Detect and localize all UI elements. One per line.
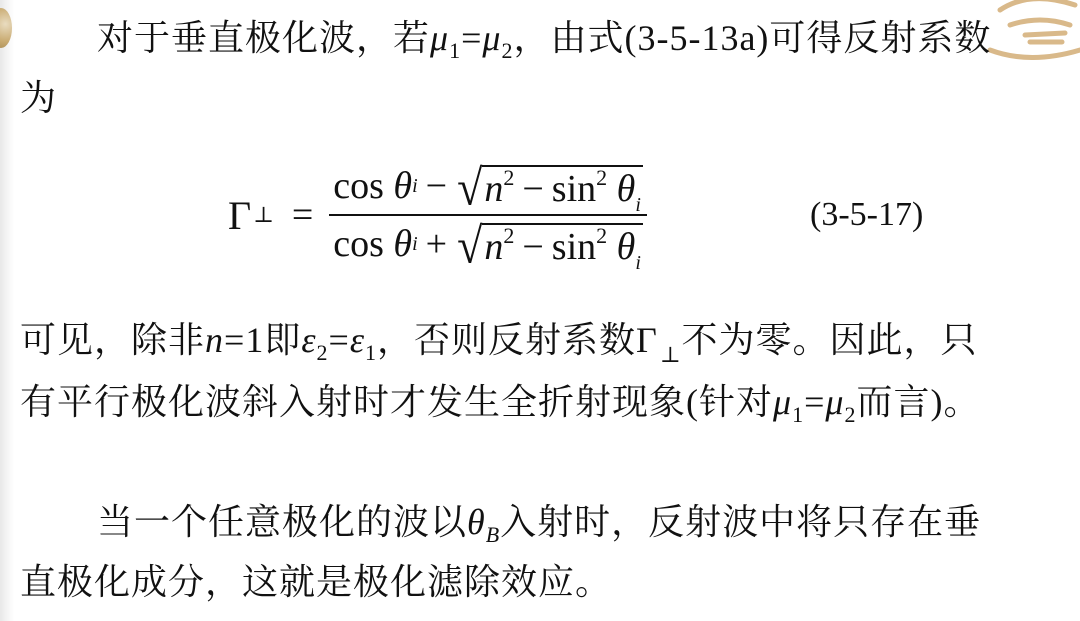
theta: θ xyxy=(393,222,412,266)
text: 对于垂直极化波，若 xyxy=(97,18,430,58)
n: n xyxy=(484,168,503,210)
epsilon-symbol: ε xyxy=(350,320,365,360)
paragraph-1-line-2: 为 xyxy=(20,76,57,120)
paragraph-3-line-1: 当一个任意极化的波以θB入射时，反射波中将只存在垂 xyxy=(97,500,981,544)
text: 不为零。因此，只 xyxy=(682,320,978,360)
theta: θ xyxy=(393,164,412,208)
equals: = xyxy=(329,320,350,360)
equals: = xyxy=(804,382,825,422)
theta-symbol: θ xyxy=(467,502,486,542)
sup: 2 xyxy=(503,223,514,248)
mu-symbol: μ xyxy=(773,382,792,422)
paragraph-2-line-2: 有平行极化波斜入射时才发生全折射现象(针对μ1=μ2而言)。 xyxy=(20,380,980,424)
text: 入射时，反射波中将只存在垂 xyxy=(500,502,981,542)
mu-symbol: μ xyxy=(430,18,449,58)
n-symbol: n xyxy=(205,320,224,360)
radical-icon: √ xyxy=(457,221,482,272)
subscript: 2 xyxy=(844,402,856,427)
subscript: 2 xyxy=(501,38,513,63)
minus: − xyxy=(522,226,543,268)
paragraph-1-line-1: 对于垂直极化波，若μ1=μ2，由式(3-5-13a)可得反射系数 xyxy=(97,16,991,60)
radicand: n2−sin2 θi xyxy=(482,223,643,269)
mu-symbol: μ xyxy=(482,18,501,58)
sup: 2 xyxy=(596,223,607,248)
text: =1即 xyxy=(224,320,301,360)
gamma-symbol: Γ xyxy=(636,320,658,360)
text: ，由式(3-5-13a)可得反射系数 xyxy=(513,18,991,58)
numerator: cos θi − √n2−sin2 θi xyxy=(329,158,647,214)
reflection-coefficient-formula: Γ⊥ = cos θi − √n2−sin2 θi cos θi + √n2−s… xyxy=(228,150,647,280)
cos: cos xyxy=(333,222,384,266)
subscript: 1 xyxy=(449,38,461,63)
equation-number: (3-5-17) xyxy=(810,196,923,234)
gamma-symbol: Γ xyxy=(228,192,251,239)
subscript: B xyxy=(486,522,500,547)
mu-symbol: μ xyxy=(825,382,844,422)
sin: sin xyxy=(552,226,596,268)
radical-icon: √ xyxy=(457,163,482,214)
sub-i: i xyxy=(635,194,641,216)
equals-sign: = xyxy=(292,193,313,237)
minus: − xyxy=(426,164,447,208)
fraction: cos θi − √n2−sin2 θi cos θi + √n2−sin2 θ… xyxy=(329,158,647,272)
text: 当一个任意极化的波以 xyxy=(97,502,467,542)
minus: − xyxy=(522,168,543,210)
text: 可见，除非 xyxy=(20,320,205,360)
radicand: n2−sin2 θi xyxy=(482,165,643,211)
text: 而言)。 xyxy=(856,382,980,422)
subscript: 2 xyxy=(317,340,329,365)
denominator: cos θi + √n2−sin2 θi xyxy=(329,216,647,272)
epsilon-symbol: ε xyxy=(301,320,316,360)
sin: sin xyxy=(552,168,596,210)
subscript: 1 xyxy=(792,402,804,427)
sup: 2 xyxy=(503,165,514,190)
theta: θ xyxy=(617,226,636,268)
sqrt: √n2−sin2 θi xyxy=(457,219,643,269)
left-edge-decoration xyxy=(0,0,14,621)
cos: cos xyxy=(333,164,384,208)
text: ，否则反射系数 xyxy=(377,320,636,360)
paragraph-3-line-2: 直极化成分，这就是极化滤除效应。 xyxy=(20,560,612,604)
perp-subscript: ⊥ xyxy=(660,342,682,367)
n: n xyxy=(484,226,503,268)
sqrt: √n2−sin2 θi xyxy=(457,161,643,211)
paragraph-2-line-1: 可见，除非n=1即ε2=ε1，否则反射系数Γ⊥不为零。因此，只 xyxy=(20,318,978,362)
plus: + xyxy=(426,222,447,266)
sub-i: i xyxy=(635,252,641,274)
text: 有平行极化波斜入射时才发生全折射现象(针对 xyxy=(20,382,773,422)
subscript: 1 xyxy=(365,340,377,365)
theta: θ xyxy=(617,168,636,210)
sup: 2 xyxy=(596,165,607,190)
equals: = xyxy=(461,18,482,58)
